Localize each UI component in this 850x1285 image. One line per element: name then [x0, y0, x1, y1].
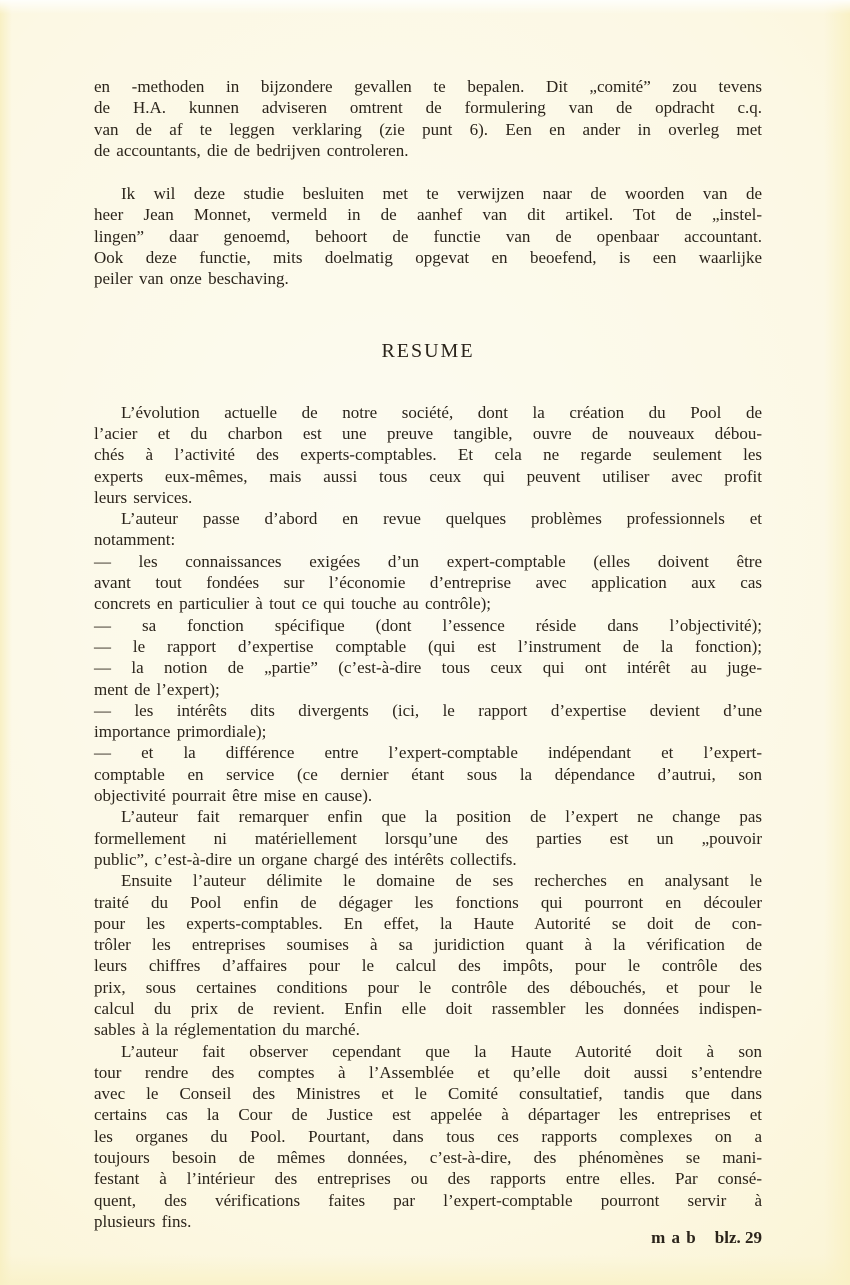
paragraph: L’auteur passe d’abord en revue quelques…	[94, 508, 762, 551]
list-item: — les connaissances exigées d’un expert-…	[94, 551, 762, 615]
text-line: van de af te leggen verklaring (zie punt…	[94, 119, 762, 140]
text-line: Ook deze functie, mits doelmatig opgevat…	[94, 247, 762, 268]
list-item: — les intérêts dits divergents (ici, le …	[94, 700, 762, 743]
journal-abbrev: m a b	[651, 1228, 697, 1247]
page-footer: m a bblz. 29	[651, 1228, 762, 1248]
text-line: les organes du Pool. Pourtant, dans tous…	[94, 1126, 762, 1147]
text-line: notamment:	[94, 529, 762, 550]
paragraph: L’évolution actuelle de notre société, d…	[94, 402, 762, 508]
text-line: — sa fonction spécifique (dont l’essence…	[94, 615, 762, 636]
paragraph: Ensuite l’auteur délimite le domaine de …	[94, 870, 762, 1040]
text-line: objectivité pourrait être mise en cause)…	[94, 785, 762, 806]
text-line: festant à l’intérieur des entreprises ou…	[94, 1168, 762, 1189]
text-line: — le rapport d’expertise comptable (qui …	[94, 636, 762, 657]
list-item: — le rapport d’expertise comptable (qui …	[94, 636, 762, 657]
paragraph: Ik wil deze studie besluiten met te verw…	[94, 183, 762, 289]
text-line: leurs chiffres d’affaires pour le calcul…	[94, 955, 762, 976]
text-line: toujours besoin de mêmes données, c’est-…	[94, 1147, 762, 1168]
paragraph: L’auteur fait observer cependant que la …	[94, 1041, 762, 1233]
text-line: — les connaissances exigées d’un expert-…	[94, 551, 762, 572]
list-item: — sa fonction spécifique (dont l’essence…	[94, 615, 762, 636]
text-line: Ensuite l’auteur délimite le domaine de …	[94, 870, 762, 891]
text-line: L’évolution actuelle de notre société, d…	[94, 402, 762, 423]
text-line: formellement ni matériellement lorsqu’un…	[94, 828, 762, 849]
text-line: — et la différence entre l’expert-compta…	[94, 742, 762, 763]
text-line: L’auteur passe d’abord en revue quelques…	[94, 508, 762, 529]
text-line: de accountants, die de bedrijven control…	[94, 140, 762, 161]
paragraph: L’auteur fait remarquer enfin que la pos…	[94, 806, 762, 870]
text-line: L’auteur fait remarquer enfin que la pos…	[94, 806, 762, 827]
text-line: prix, sous certaines conditions pour le …	[94, 977, 762, 998]
text-line: heer Jean Monnet, vermeld in de aanhef v…	[94, 204, 762, 225]
text-line: — les intérêts dits divergents (ici, le …	[94, 700, 762, 721]
text-line: de H.A. kunnen adviseren omtrent de form…	[94, 97, 762, 118]
list-item: — la notion de „partie” (c’est-à-dire to…	[94, 657, 762, 700]
text-line: peiler van onze beschaving.	[94, 268, 762, 289]
text-line: sables à la réglementation du marché.	[94, 1019, 762, 1040]
text-line: ment de l’expert);	[94, 679, 762, 700]
page-number-label: blz. 29	[715, 1228, 762, 1247]
section-heading: RESUME	[94, 338, 762, 364]
text-line: importance primordiale);	[94, 721, 762, 742]
text-line: leurs services.	[94, 487, 762, 508]
text-line: avec le Conseil des Ministres et le Comi…	[94, 1083, 762, 1104]
text-line: experts eux-mêmes, mais aussi tous ceux …	[94, 466, 762, 487]
text-line: pour les experts-comptables. En effet, l…	[94, 913, 762, 934]
list-item: — et la différence entre l’expert-compta…	[94, 742, 762, 806]
text-line: L’auteur fait observer cependant que la …	[94, 1041, 762, 1062]
text-line: public”, c’est-à-dire un organe chargé d…	[94, 849, 762, 870]
text-line: chés à l’activité des experts-comptables…	[94, 444, 762, 465]
text-line: calcul du prix de revient. Enfin elle do…	[94, 998, 762, 1019]
text-line: l’acier et du charbon est une preuve tan…	[94, 423, 762, 444]
page-content: en -methoden in bijzondere gevallen te b…	[94, 76, 762, 1232]
text-line: certains cas la Cour de Justice est appe…	[94, 1104, 762, 1125]
text-line: comptable en service (ce dernier étant s…	[94, 764, 762, 785]
text-line: avant tout fondées sur l’économie d’entr…	[94, 572, 762, 593]
text-line: en -methoden in bijzondere gevallen te b…	[94, 76, 762, 97]
text-line: quent, des vérifications faites par l’ex…	[94, 1190, 762, 1211]
text-line: traité du Pool enfin de dégager les fonc…	[94, 892, 762, 913]
text-line: Ik wil deze studie besluiten met te verw…	[94, 183, 762, 204]
text-line: trôler les entreprises soumises à sa jur…	[94, 934, 762, 955]
text-line: concrets en particulier à tout ce qui to…	[94, 593, 762, 614]
scanned-page: en -methoden in bijzondere gevallen te b…	[0, 0, 850, 1285]
paragraph: en -methoden in bijzondere gevallen te b…	[94, 76, 762, 161]
text-line: lingen” daar genoemd, behoort de functie…	[94, 226, 762, 247]
text-line: — la notion de „partie” (c’est-à-dire to…	[94, 657, 762, 678]
text-line: tour rendre des comptes à l’Assemblée et…	[94, 1062, 762, 1083]
